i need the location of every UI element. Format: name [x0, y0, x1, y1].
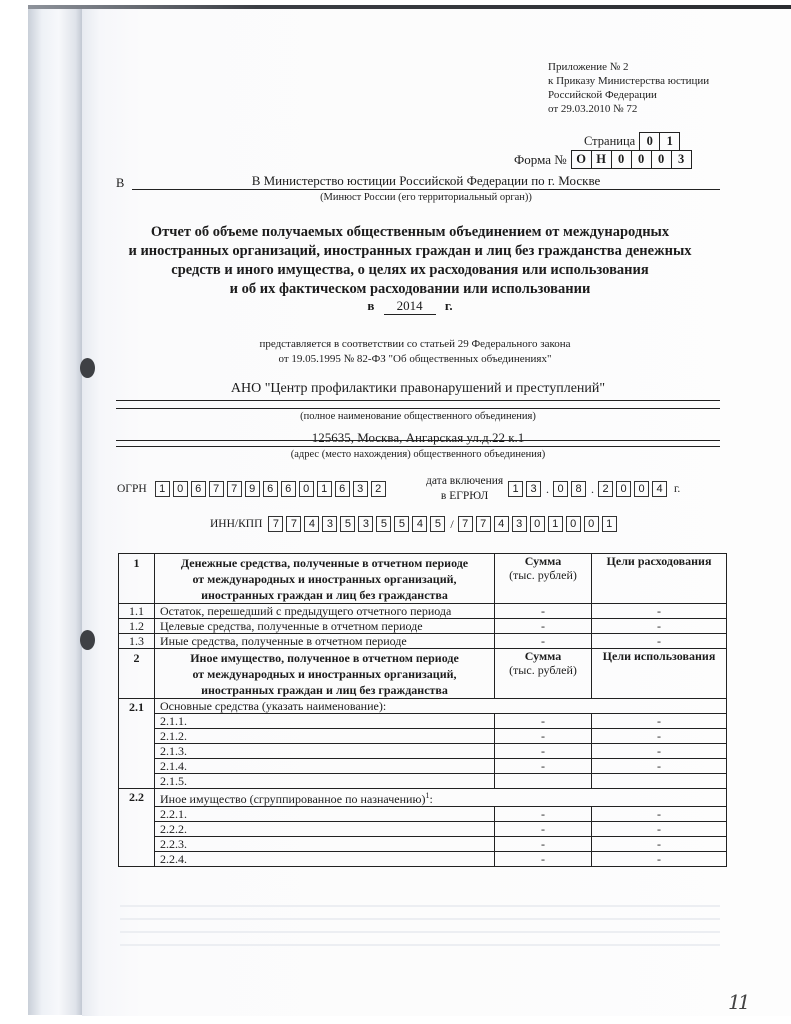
group-label: Основные средства (указать наименование)…	[155, 699, 727, 714]
digit-box: 0	[584, 516, 599, 532]
digit-box: 2	[371, 481, 386, 497]
ogrn-label: ОГРН	[117, 483, 147, 495]
row-goal: -	[592, 634, 727, 649]
recipient-lead: В	[116, 176, 124, 191]
digit-box: 0	[173, 481, 188, 497]
row-label: 2.1.2.	[155, 729, 495, 744]
table-row: 1.1Остаток, перешедший с предыдущего отч…	[119, 604, 727, 619]
row-number: 1.3	[119, 634, 155, 649]
legal-basis: представляется в соответствии со статьей…	[110, 337, 720, 367]
year-value: 2014	[384, 298, 436, 315]
row-label: 2.2.2.	[155, 822, 495, 837]
inn-kpp-label: ИНН/КПП	[210, 518, 262, 530]
bleed-through-text	[120, 905, 720, 907]
row-goal: -	[592, 729, 727, 744]
form-char: 0	[611, 151, 631, 168]
egrul-date-digits: 13.08.2004	[508, 481, 670, 497]
row-amount: -	[495, 822, 592, 837]
appendix-line: Приложение № 2	[548, 60, 709, 74]
section-title-line: иностранных граждан и лиц без гражданств…	[160, 587, 489, 603]
row-goal: -	[592, 604, 727, 619]
bleed-through-text	[120, 918, 720, 920]
digit-box: 3	[358, 516, 373, 532]
form-char: 0	[651, 151, 671, 168]
page-digit: 1	[659, 133, 679, 150]
digit-box: 7	[476, 516, 491, 532]
table-row: 1.3Иные средства, полученные в отчетном …	[119, 634, 727, 649]
egrul-label-line: дата включения	[426, 474, 503, 489]
separator: /	[450, 517, 453, 532]
digit-box: 7	[268, 516, 283, 532]
inn-kpp-field: ИНН/КПП 7743535545/774301001	[210, 516, 620, 532]
digit-box: 0	[616, 481, 631, 497]
amount-unit: (тыс. рублей)	[500, 663, 586, 677]
form-char: Н	[591, 151, 611, 168]
digit-box: 5	[376, 516, 391, 532]
handwritten-page-number: 11	[728, 990, 747, 1014]
date-suffix: г.	[674, 483, 680, 495]
digit-box: 0	[553, 481, 568, 497]
row-amount: -	[495, 837, 592, 852]
bleed-through-text	[120, 944, 720, 946]
digit-box: 1	[317, 481, 332, 497]
ogrn-digits: 1067796601632	[155, 481, 389, 497]
group-label: Иное имущество (сгруппированное по назна…	[155, 789, 727, 807]
digit-box: 3	[512, 516, 527, 532]
punch-hole	[80, 358, 95, 378]
digit-box: 5	[430, 516, 445, 532]
form-label: Форма №	[514, 152, 567, 168]
title-line: Отчет об объеме получаемых общественным …	[110, 223, 710, 242]
table-row: 2.1.2.--	[119, 729, 727, 744]
title-line: средств и иного имущества, о целях их ра…	[110, 261, 710, 280]
appendix-line: от 29.03.2010 № 72	[548, 102, 709, 116]
footnote-marker: 1	[425, 791, 429, 800]
section-number: 2	[119, 649, 155, 699]
row-goal: -	[592, 822, 727, 837]
form-chars: О Н 0 0 0 3	[571, 150, 692, 169]
egrul-label-line: в ЕГРЮЛ	[426, 489, 503, 504]
appendix-reference: Приложение № 2 к Приказу Министерства юс…	[548, 60, 709, 116]
table-row: 1.2Целевые средства, полученные в отчетн…	[119, 619, 727, 634]
separator: .	[546, 482, 549, 497]
page-digit: 0	[640, 133, 659, 150]
form-char: 0	[631, 151, 651, 168]
section-title-line: Иное имущество, полученное в отчетном пе…	[160, 650, 489, 666]
digit-box: 2	[598, 481, 613, 497]
digit-box: 8	[571, 481, 586, 497]
form-number-field: Форма № О Н 0 0 0 3	[514, 150, 692, 169]
amount-header: Сумма(тыс. рублей)	[495, 554, 592, 604]
appendix-line: Российской Федерации	[548, 88, 709, 102]
digit-box: 1	[602, 516, 617, 532]
appendix-line: к Приказу Министерства юстиции	[548, 74, 709, 88]
row-amount: -	[495, 604, 592, 619]
ogrn-field: ОГРН 1067796601632	[117, 481, 389, 497]
divider	[116, 440, 720, 441]
legal-line: от 19.05.1995 № 82-ФЗ "Об общественных о…	[110, 352, 720, 367]
row-goal: -	[592, 714, 727, 729]
digit-box: 1	[155, 481, 170, 497]
page-top-edge	[28, 5, 791, 9]
table-row: 2.1.3.--	[119, 744, 727, 759]
digit-box: 3	[322, 516, 337, 532]
legal-line: представляется в соответствии со статьей…	[110, 337, 720, 352]
inn-kpp-digits: 7743535545/774301001	[268, 516, 619, 532]
recipient-value: В Министерство юстиции Российской Федера…	[132, 172, 720, 190]
table-row: 2.1.1.--	[119, 714, 727, 729]
organization-name: АНО "Центр профилактики правонарушений и…	[116, 381, 720, 397]
table-row: 2.2.2.--	[119, 822, 727, 837]
organization-address: 125635, Москва, Ангарская ул.д.22 к.1	[116, 430, 720, 446]
year-prefix: в	[367, 298, 374, 313]
divider	[116, 408, 720, 409]
row-amount: -	[495, 619, 592, 634]
section-number: 1	[119, 554, 155, 604]
row-goal	[592, 774, 727, 789]
amount-header-label: Сумма	[500, 649, 586, 663]
row-label: 2.2.3.	[155, 837, 495, 852]
report-title: Отчет об объеме получаемых общественным …	[110, 223, 710, 299]
section-1-header: 1Денежные средства, полученные в отчетно…	[119, 554, 727, 604]
digit-box: 4	[412, 516, 427, 532]
digit-box: 0	[299, 481, 314, 497]
digit-box: 6	[335, 481, 350, 497]
row-amount: -	[495, 852, 592, 867]
form-char: О	[572, 151, 591, 168]
organization-name-caption: (полное наименование общественного объед…	[116, 411, 720, 422]
digit-box: 7	[209, 481, 224, 497]
row-amount: -	[495, 634, 592, 649]
digit-box: 6	[281, 481, 296, 497]
digit-box: 5	[394, 516, 409, 532]
digit-box: 4	[304, 516, 319, 532]
row-amount: -	[495, 744, 592, 759]
amount-header: Сумма(тыс. рублей)	[495, 649, 592, 699]
divider	[116, 400, 720, 401]
digit-box: 1	[508, 481, 523, 497]
organization-address-caption: (адрес (место нахождения) общественного …	[116, 449, 720, 460]
table-row: 2.1.5.	[119, 774, 727, 789]
page-digits: 0 1	[639, 132, 680, 151]
digit-box: 0	[566, 516, 581, 532]
section-2-header: 2Иное имущество, полученное в отчетном п…	[119, 649, 727, 699]
digit-box: 6	[263, 481, 278, 497]
group-2-2: 2.2Иное имущество (сгруппированное по на…	[119, 789, 727, 807]
section-title-line: Денежные средства, полученные в отчетном…	[160, 555, 489, 571]
row-goal: -	[592, 619, 727, 634]
year-suffix: г.	[445, 298, 453, 313]
row-goal: -	[592, 807, 727, 822]
page-number-field: Страница 0 1	[584, 132, 680, 151]
report-year: в 2014 г.	[110, 298, 710, 315]
digit-box: 7	[227, 481, 242, 497]
row-amount	[495, 774, 592, 789]
form-char: 3	[671, 151, 691, 168]
binder-spine	[28, 5, 84, 1015]
digit-box: 5	[340, 516, 355, 532]
row-goal: -	[592, 837, 727, 852]
amount-header-label: Сумма	[500, 554, 586, 568]
amount-unit: (тыс. рублей)	[500, 568, 586, 582]
digit-box: 6	[191, 481, 206, 497]
row-amount: -	[495, 759, 592, 774]
group-number: 2.1	[119, 699, 155, 789]
row-label: Остаток, перешедший с предыдущего отчетн…	[155, 604, 495, 619]
row-label: 2.1.5.	[155, 774, 495, 789]
title-line: и об их фактическом расходовании или исп…	[110, 280, 710, 299]
row-number: 1.1	[119, 604, 155, 619]
section-title: Иное имущество, полученное в отчетном пе…	[155, 649, 495, 699]
recipient-caption: (Минюст России (его территориальный орга…	[132, 192, 720, 203]
goal-header: Цели использования	[592, 649, 727, 699]
punch-hole	[80, 630, 95, 650]
section-title: Денежные средства, полученные в отчетном…	[155, 554, 495, 604]
digit-box: 4	[652, 481, 667, 497]
row-label: 2.1.1.	[155, 714, 495, 729]
row-amount: -	[495, 714, 592, 729]
row-number: 1.2	[119, 619, 155, 634]
bleed-through-text	[120, 931, 720, 933]
table-row: 2.1.4.--	[119, 759, 727, 774]
separator: .	[591, 482, 594, 497]
row-label: 2.1.3.	[155, 744, 495, 759]
row-goal: -	[592, 852, 727, 867]
report-table: 1Денежные средства, полученные в отчетно…	[118, 553, 727, 867]
page-label: Страница	[584, 134, 635, 149]
egrul-date-field: 13.08.2004 г.	[508, 481, 680, 497]
digit-box: 3	[526, 481, 541, 497]
table-row: 2.2.1.--	[119, 807, 727, 822]
digit-box: 0	[634, 481, 649, 497]
digit-box: 3	[353, 481, 368, 497]
row-label: 2.1.4.	[155, 759, 495, 774]
goal-header: Цели расходования	[592, 554, 727, 604]
row-amount: -	[495, 729, 592, 744]
row-label: Иные средства, полученные в отчетном пер…	[155, 634, 495, 649]
digit-box: 9	[245, 481, 260, 497]
section-title-line: от международных и иностранных организац…	[160, 571, 489, 587]
row-label: 2.2.4.	[155, 852, 495, 867]
digit-box: 7	[286, 516, 301, 532]
group-2-1: 2.1Основные средства (указать наименован…	[119, 699, 727, 714]
title-line: и иностранных организаций, иностранных г…	[110, 242, 710, 261]
group-number: 2.2	[119, 789, 155, 867]
divider	[116, 446, 720, 447]
digit-box: 7	[458, 516, 473, 532]
table-row: 2.2.3.--	[119, 837, 727, 852]
row-label: Целевые средства, полученные в отчетном …	[155, 619, 495, 634]
table-row: 2.2.4.--	[119, 852, 727, 867]
row-goal: -	[592, 759, 727, 774]
row-amount: -	[495, 807, 592, 822]
row-goal: -	[592, 744, 727, 759]
section-title-line: иностранных граждан и лиц без гражданств…	[160, 682, 489, 698]
digit-box: 4	[494, 516, 509, 532]
row-label: 2.2.1.	[155, 807, 495, 822]
section-title-line: от международных и иностранных организац…	[160, 666, 489, 682]
digit-box: 0	[530, 516, 545, 532]
digit-box: 1	[548, 516, 563, 532]
egrul-date-label: дата включения в ЕГРЮЛ	[426, 474, 503, 504]
